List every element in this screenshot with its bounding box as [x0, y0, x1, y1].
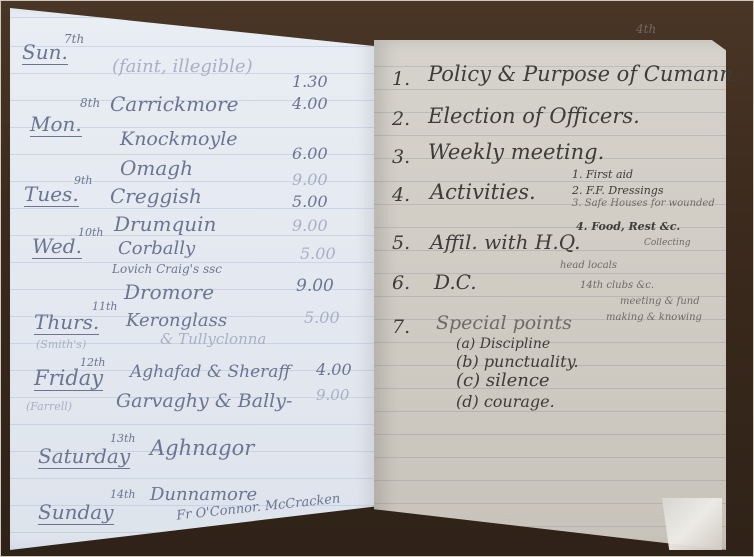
page-number: 4th: [636, 22, 656, 36]
host-note: (Farrell): [26, 400, 72, 413]
date-label: 9th: [74, 174, 93, 187]
agenda-subitem: 4. Food, Rest &c.: [576, 220, 680, 233]
agenda-item: Policy & Purpose of Cumann.: [428, 62, 740, 86]
margin-note: 14th clubs &c.: [580, 280, 654, 291]
place: Corbally: [118, 238, 195, 259]
place-note: Lovich Craig's ssc: [112, 262, 222, 276]
place: Omagh: [120, 156, 193, 180]
agenda-item: Special points: [436, 312, 572, 334]
margin-note: Collecting: [644, 238, 690, 248]
day-label: Saturday: [38, 444, 130, 469]
agenda-number: 2.: [392, 108, 410, 130]
place: Keronglass: [126, 310, 227, 331]
agenda-number: 5.: [392, 232, 410, 254]
place: Drumquin: [114, 212, 216, 236]
day-label: Friday: [34, 366, 103, 391]
agenda-subitem: 1. First aid: [572, 168, 633, 181]
folded-page-corner: [662, 498, 722, 550]
day-label: Sunday: [38, 500, 114, 525]
place: Creggish: [110, 184, 202, 208]
date-label: 10th: [78, 226, 104, 239]
agenda-number: 3.: [392, 146, 410, 168]
place: Aghafad & Sheraff: [130, 362, 290, 382]
date-label: 11th: [92, 300, 118, 313]
place: Dromore: [124, 280, 214, 304]
time: 1.30: [292, 72, 328, 91]
day-label: Mon.: [30, 112, 82, 137]
agenda-item: Affil. with H.Q.: [430, 230, 580, 254]
time: 4.00: [316, 360, 352, 379]
place: Knockmoyle: [120, 128, 238, 150]
agenda-subitem: (b) punctuality.: [456, 352, 579, 371]
place: Garvaghy & Bally-: [116, 390, 292, 412]
date-label: 13th: [110, 432, 136, 445]
date-label: 7th: [64, 32, 84, 46]
margin-note: meeting & fund: [620, 296, 700, 307]
margin-note: head locals: [560, 260, 617, 271]
day-label: Wed.: [32, 234, 82, 259]
agenda-number: 6.: [392, 272, 410, 294]
time: 6.00: [292, 144, 328, 163]
place: & Tullyclonna: [160, 330, 266, 348]
time: 9.00: [316, 386, 349, 404]
time: 4.00: [292, 94, 328, 113]
day-label: Sun.: [22, 40, 68, 65]
agenda-number: 7.: [392, 316, 410, 338]
agenda-subitem: (d) courage.: [456, 392, 555, 411]
place: Carrickmore: [110, 92, 238, 116]
agenda-item: Election of Officers.: [428, 104, 640, 128]
agenda-subitem: 2. F.F. Dressings: [572, 184, 664, 197]
day-label: Thurs.: [34, 310, 99, 335]
agenda-item: Weekly meeting.: [428, 140, 604, 164]
agenda-number: 4.: [392, 184, 410, 206]
agenda-number: 1.: [392, 68, 410, 90]
agenda-subitem: 3. Safe Houses for wounded: [572, 198, 715, 209]
date-label: 12th: [80, 356, 106, 369]
agenda-subitem: (a) Discipline: [456, 336, 550, 352]
time: 9.00: [292, 170, 328, 189]
place: Aghnagor: [150, 436, 254, 460]
agenda-item: Activities.: [430, 180, 536, 204]
agenda-item: D.C.: [434, 270, 477, 294]
time: 5.00: [292, 192, 328, 211]
place-faint: (faint, illegible): [112, 56, 253, 77]
date-label: 8th: [80, 96, 100, 110]
agenda-subitem: (c) silence: [456, 370, 550, 391]
time: 9.00: [292, 216, 328, 235]
time: 5.00: [300, 244, 336, 263]
host-note: (Smith's): [36, 338, 86, 351]
margin-note: making & knowing: [606, 312, 702, 323]
day-label: Tues.: [24, 182, 79, 207]
time: 5.00: [304, 308, 340, 327]
time: 9.00: [296, 276, 334, 296]
date-label: 14th: [110, 488, 136, 501]
